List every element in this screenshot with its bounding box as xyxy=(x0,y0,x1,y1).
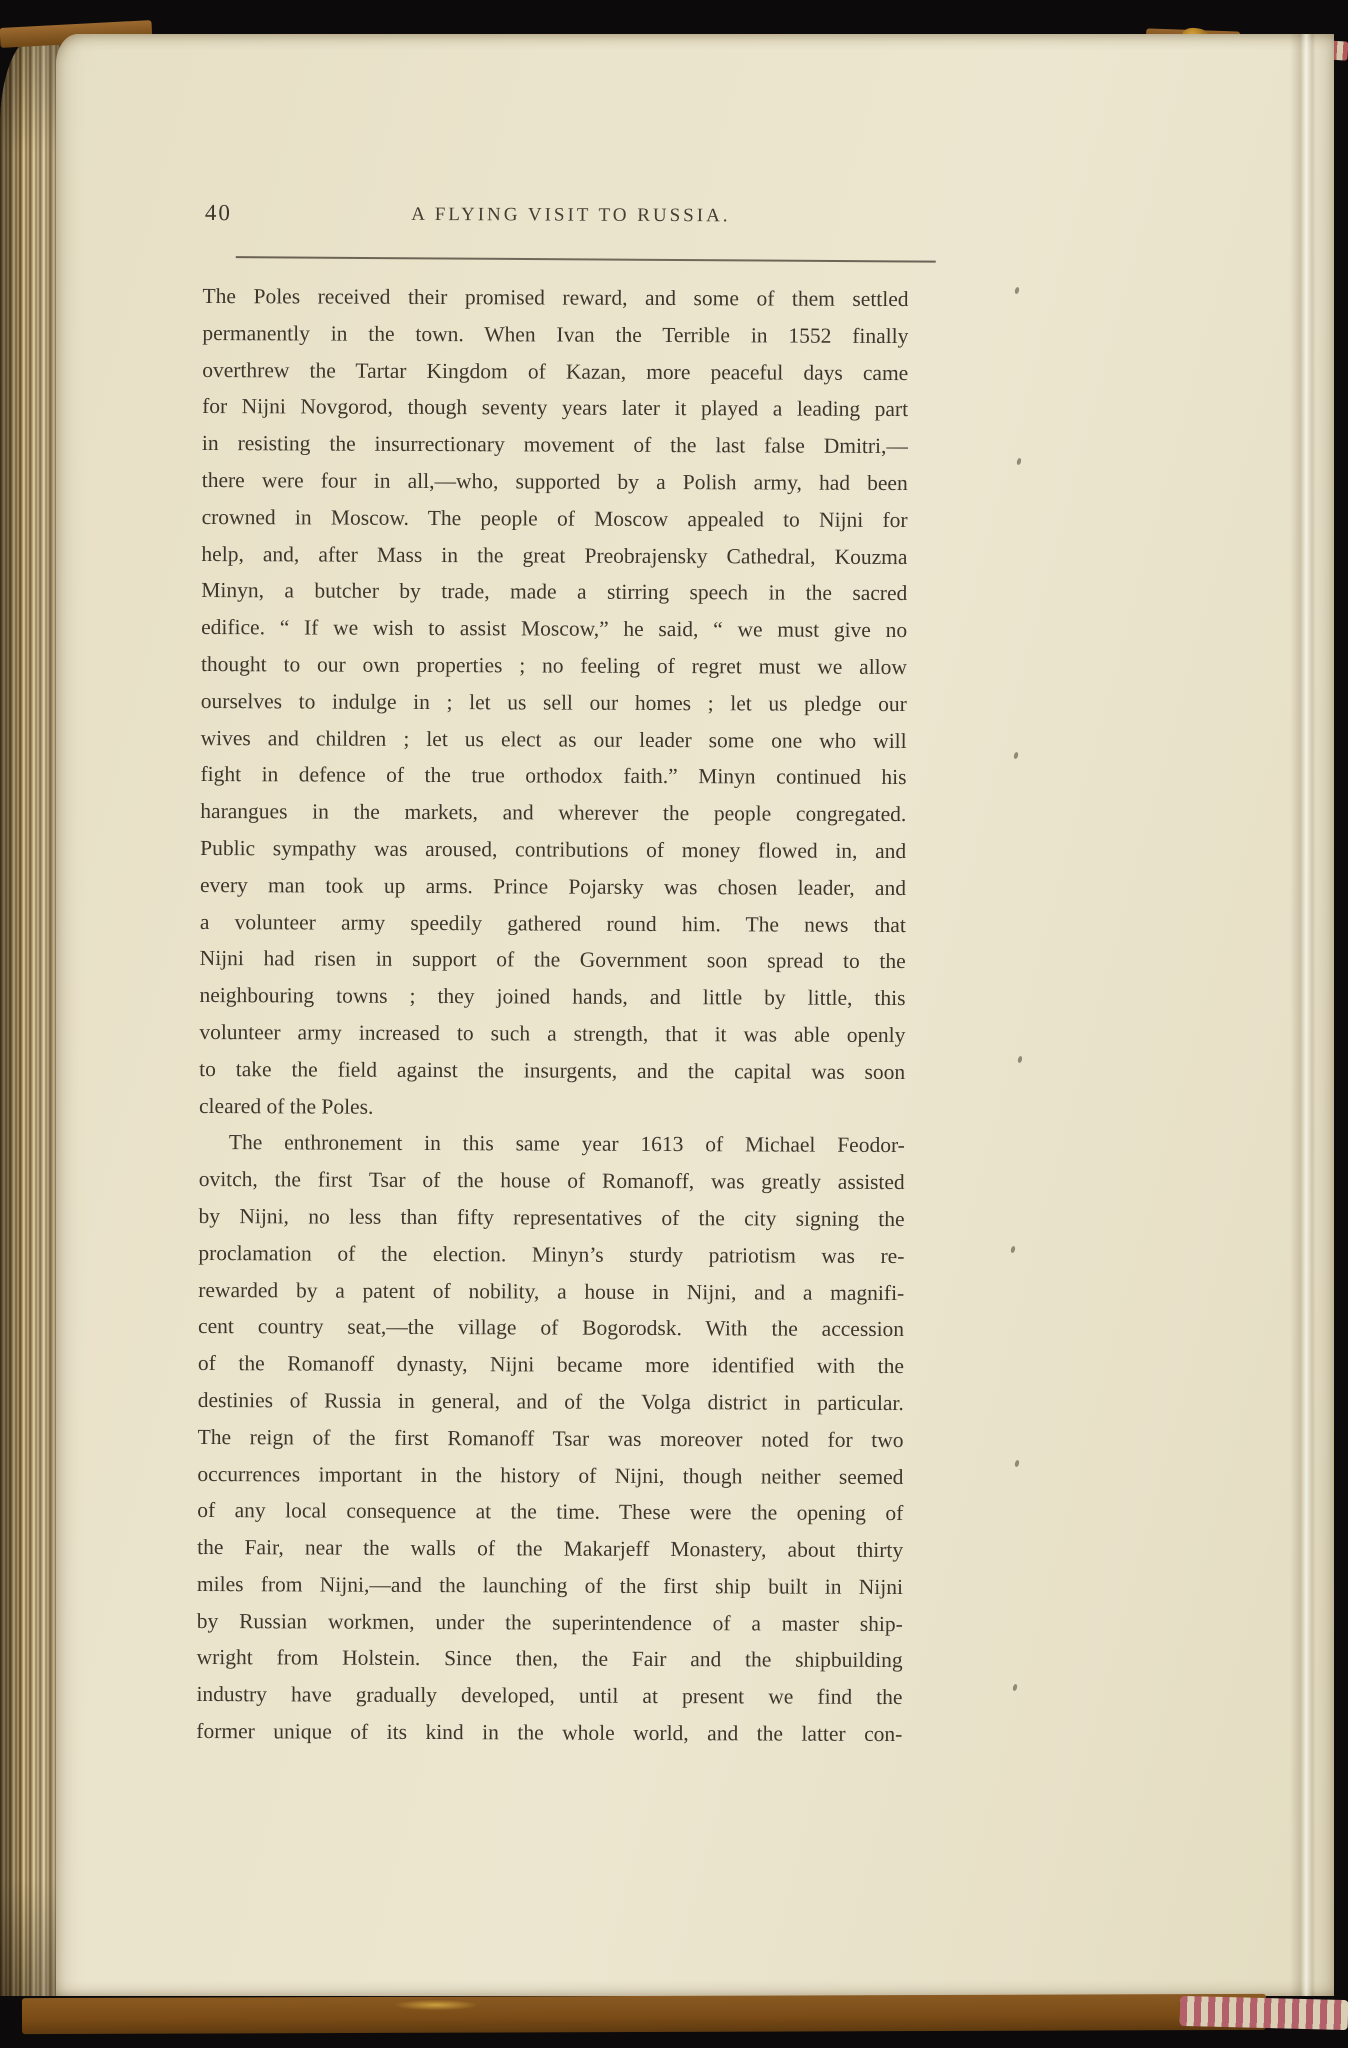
text-line: for Nijni Novgorod, though seventy years… xyxy=(202,388,908,428)
text-line: former unique of its kind in the whole w… xyxy=(196,1713,902,1753)
book-page: 40 A FLYING VISIT TO RUSSIA. The Poles r… xyxy=(56,34,1334,1996)
text-line: wives and children ; let us elect as our… xyxy=(201,720,907,760)
text-line: by Russian workmen, under the superinten… xyxy=(197,1603,903,1643)
text-line: ovitch, the first Tsar of the house of R… xyxy=(199,1161,905,1201)
page-speck xyxy=(1016,458,1022,466)
page-speck xyxy=(1017,1056,1023,1064)
page-speck xyxy=(1010,1246,1016,1254)
text-line: occurrences important in the history of … xyxy=(197,1455,903,1495)
text-line: fight in defence of the true orthodox fa… xyxy=(200,756,906,796)
text-line: of the Romanoff dynasty, Nijni became mo… xyxy=(198,1345,904,1385)
text-line: wright from Holstein. Since then, the Fa… xyxy=(197,1639,903,1679)
page-speck xyxy=(1014,1460,1020,1468)
text-line: thought to our own properties ; no feeli… xyxy=(201,646,907,686)
text-line: miles from Nijni,—and the launching of t… xyxy=(197,1566,903,1606)
text-line: edifice. “ If we wish to assist Moscow,”… xyxy=(201,609,907,649)
text-line: The Poles received their promised reward… xyxy=(202,278,908,318)
gilt-edge-glint xyxy=(396,2000,476,2010)
text-line: to take the field against the insurgents… xyxy=(199,1051,905,1091)
body-text: The Poles received their promised reward… xyxy=(196,278,908,1753)
page-content: 40 A FLYING VISIT TO RUSSIA. The Poles r… xyxy=(196,200,909,1823)
text-line: every man took up arms. Prince Pojarsky … xyxy=(200,867,906,907)
header-rule xyxy=(236,256,936,263)
text-line: rewarded by a patent of nobility, a hous… xyxy=(198,1272,904,1312)
text-line: permanently in the town. When Ivan the T… xyxy=(202,315,908,355)
text-line: destinies of Russia in general, and of t… xyxy=(198,1382,904,1422)
text-line: a volunteer army speedily gathered round… xyxy=(200,904,906,944)
text-line: Minyn, a butcher by trade, made a stirri… xyxy=(201,572,907,612)
text-line: overthrew the Tartar Kingdom of Kazan, m… xyxy=(202,352,908,392)
text-line: The enthronement in this same year 1613 … xyxy=(199,1124,905,1164)
text-line: of any local consequence at the time. Th… xyxy=(197,1492,903,1532)
text-line: the Fair, near the walls of the Makarjef… xyxy=(197,1529,903,1569)
text-line: cleared of the Poles. xyxy=(199,1088,905,1128)
text-line: in resisting the insurrectionary movemen… xyxy=(202,425,908,465)
page-speck xyxy=(1012,1684,1018,1692)
book-cover-edge-bottom xyxy=(22,1994,1266,2034)
text-line: ourselves to indulge in ; let us sell ou… xyxy=(201,683,907,723)
running-title: A FLYING VISIT TO RUSSIA. xyxy=(203,203,939,228)
text-line: crowned in Moscow. The people of Moscow … xyxy=(202,499,908,539)
text-line: neighbouring towns ; they joined hands, … xyxy=(199,977,905,1017)
text-line: harangues in the markets, and wherever t… xyxy=(200,793,906,833)
gutter-crease xyxy=(1290,34,1316,1996)
text-line: help, and, after Mass in the great Preob… xyxy=(201,536,907,576)
headband-bottom xyxy=(1180,1996,1348,2030)
text-line: volunteer army increased to such a stren… xyxy=(199,1014,905,1054)
text-line: Public sympathy was aroused, contributio… xyxy=(200,830,906,870)
page-speck xyxy=(1013,752,1019,760)
text-line: proclamation of the election. Minyn’s st… xyxy=(198,1235,904,1275)
text-line: cent country seat,—the village of Bogoro… xyxy=(198,1308,904,1348)
page-speck xyxy=(1014,287,1020,295)
text-line: there were four in all,—who, supported b… xyxy=(202,462,908,502)
text-line: by Nijni, no less than fifty representat… xyxy=(198,1198,904,1238)
text-line: The reign of the first Romanoff Tsar was… xyxy=(198,1419,904,1459)
book-scan-photo: 40 A FLYING VISIT TO RUSSIA. The Poles r… xyxy=(0,0,1348,2048)
text-line: industry have gradually developed, until… xyxy=(196,1676,902,1716)
text-line: Nijni had risen in support of the Govern… xyxy=(200,940,906,980)
page-edges-stack xyxy=(0,36,64,1996)
